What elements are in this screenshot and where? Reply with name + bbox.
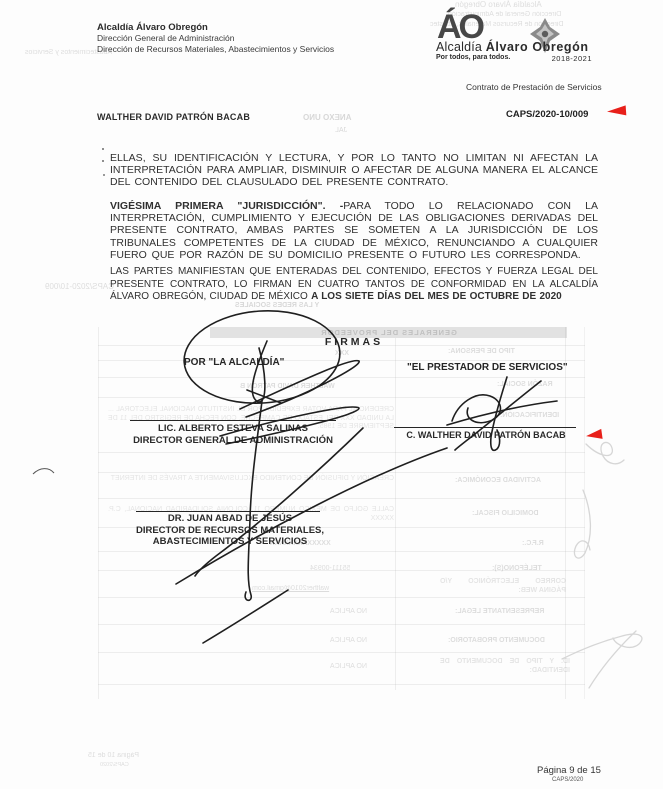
bleedthrough-text: CORREO ELECTRÓNICO Y/O PÁGINA WEB: (440, 578, 566, 595)
bleedthrough-text: Página 10 de 15 (88, 752, 139, 761)
logo-wordmark-regular: Alcaldía (436, 40, 486, 54)
signer-block: DR. JUAN ABAD DE JESÚS DIRECTOR DE RECUR… (110, 513, 350, 548)
signer-name: LIC. ALBERTO ESTEVA SALINAS (123, 423, 343, 435)
bleedthrough-text: NO APLICA (330, 663, 367, 672)
ao-logo-monogram: ÁO (437, 10, 482, 44)
bleedthrough-text: ID. Y TIPO DE DOCUMENTO DE IDENTIDAD: (440, 658, 570, 675)
department-line: Dirección General de Administración (97, 33, 437, 44)
footer-code: CAPS/2020 (552, 777, 583, 783)
logo-subline: Por todos, para todos. 2018-2021 (436, 54, 592, 63)
signer-name: DR. JUAN ABAD DE JESÚS (110, 513, 350, 525)
bleedthrough-text: CREACIÓN Y DIFUSIÓN DE CONTENIDO EXCLUSI… (108, 475, 394, 484)
bleedthrough-table-line (98, 597, 585, 598)
contract-paragraph: ELLAS, SU IDENTIFICACIÓN Y LECTURA, Y PO… (110, 152, 598, 189)
bleedthrough-text: DOMICILIO FISCAL: (472, 510, 539, 519)
bleedthrough-text: JAL (335, 127, 347, 136)
logo-wordmark-bold: Álvaro Obregón (486, 40, 589, 54)
bleedthrough-table-line (98, 377, 585, 378)
clause-title: VIGÉSIMA PRIMERA "JURISDICCIÓN". - (110, 200, 343, 212)
bleedthrough-table-line (98, 551, 585, 552)
bleedthrough-text: CAPS/2020-10/009 (45, 283, 114, 292)
bleedthrough-text: WALTHER DAVID PATRÓN B (240, 383, 335, 392)
scan-artifact-curve (33, 469, 54, 474)
bleedthrough-text: walther2010@gmail.com (252, 585, 329, 594)
red-arrow-annotation-icon (585, 429, 602, 441)
page-number: Página 9 de 15 (537, 765, 601, 776)
bleedthrough-text: CAPS/2020 (100, 761, 129, 770)
signer-title: ABASTECIMIENTOS Y SERVICIOS (110, 536, 350, 548)
signature-line (394, 427, 576, 428)
signing-date: A LOS SIETE DÍAS DEL MES DE OCTUBRE DE 2… (311, 291, 562, 302)
signature-line (130, 420, 336, 421)
bleedthrough-text: 55111-00934 (310, 565, 350, 574)
bleedthrough-table-line (98, 327, 99, 699)
bleedthrough-text: IDENTIFICACIÓN: (500, 412, 559, 421)
signer-block: C. WALTHER DAVID PATRÓN BACAB (390, 430, 582, 442)
bleedthrough-text: R.F.C.: (522, 540, 544, 549)
department-block: Alcaldía Álvaro Obregón Dirección Genera… (97, 22, 437, 55)
bleedthrough-text: XXX (335, 350, 349, 359)
scan-artifact-dots (102, 148, 104, 150)
contractor-name: WALTHER DAVID PATRÓN BACAB (97, 112, 250, 122)
signatures-section-title: FIRMAS (110, 336, 598, 348)
bleedthrough-table-line (395, 338, 396, 690)
bleedthrough-table-line (584, 327, 585, 699)
bleedthrough-table-line (98, 624, 585, 625)
bleedthrough-table-line (98, 452, 585, 453)
bleedthrough-text: RAZÓN SOCIAL: (497, 381, 553, 390)
bleedthrough-table-line (565, 327, 566, 699)
contract-code: CAPS/2020-10/009 (506, 109, 588, 120)
bleedthrough-table-line (98, 684, 585, 685)
bleedthrough-text: ACTIVIDAD ECONÓMICA: (455, 477, 541, 486)
document-type-label: Contrato de Prestación de Servicios (466, 82, 602, 92)
bleedthrough-table-line (98, 652, 585, 653)
logo-wordmark: Alcaldía Álvaro Obregón (436, 40, 592, 54)
signer-title: DIRECTOR GENERAL DE ADMINISTRACIÓN (123, 435, 343, 447)
party-label-prestador: "EL PRESTADOR DE SERVICIOS" (407, 362, 568, 373)
logo-slogan: Por todos, para todos. (436, 54, 510, 61)
bleedthrough-table-line (98, 472, 585, 473)
bleedthrough-table-line (98, 360, 585, 361)
bleedthrough-text: ANEXO UNO (303, 114, 351, 123)
department-name: Alcaldía Álvaro Obregón (97, 22, 437, 33)
bleedthrough-text: TIPO DE PERSONA: (448, 348, 515, 357)
contract-paragraph: LAS PARTES MANIFIESTAN QUE ENTERADAS DEL… (110, 266, 598, 304)
bleedthrough-text: REPRESENTANTE LEGAL: (455, 608, 544, 617)
signer-name: C. WALTHER DAVID PATRÓN BACAB (390, 430, 582, 442)
bleedthrough-table-line (98, 498, 585, 499)
red-arrow-annotation-icon (607, 105, 627, 116)
scanned-contract-page: Abastecimientos y Servicios Alcaldía Álv… (0, 0, 663, 789)
signer-title: DIRECTOR DE RECURSOS MATERIALES, (110, 525, 350, 537)
bleedthrough-text: TELÉFONO(S): (492, 565, 542, 574)
party-label-alcaldia: POR "LA ALCALDÍA" (184, 357, 284, 368)
bleedthrough-text: NO APLICA (330, 637, 367, 646)
bleedthrough-text: NO APLICA (330, 608, 367, 617)
signer-block: LIC. ALBERTO ESTEVA SALINAS DIRECTOR GEN… (123, 423, 343, 446)
bleedthrough-table-line (98, 397, 585, 398)
logo-period: 2018-2021 (552, 54, 592, 63)
contract-paragraph: VIGÉSIMA PRIMERA "JURISDICCIÓN". -PARA T… (110, 200, 598, 262)
department-line: Dirección de Recursos Materiales, Abaste… (97, 44, 437, 55)
bleedthrough-text: DOCUMENTO PROBATORIO: (448, 637, 545, 646)
